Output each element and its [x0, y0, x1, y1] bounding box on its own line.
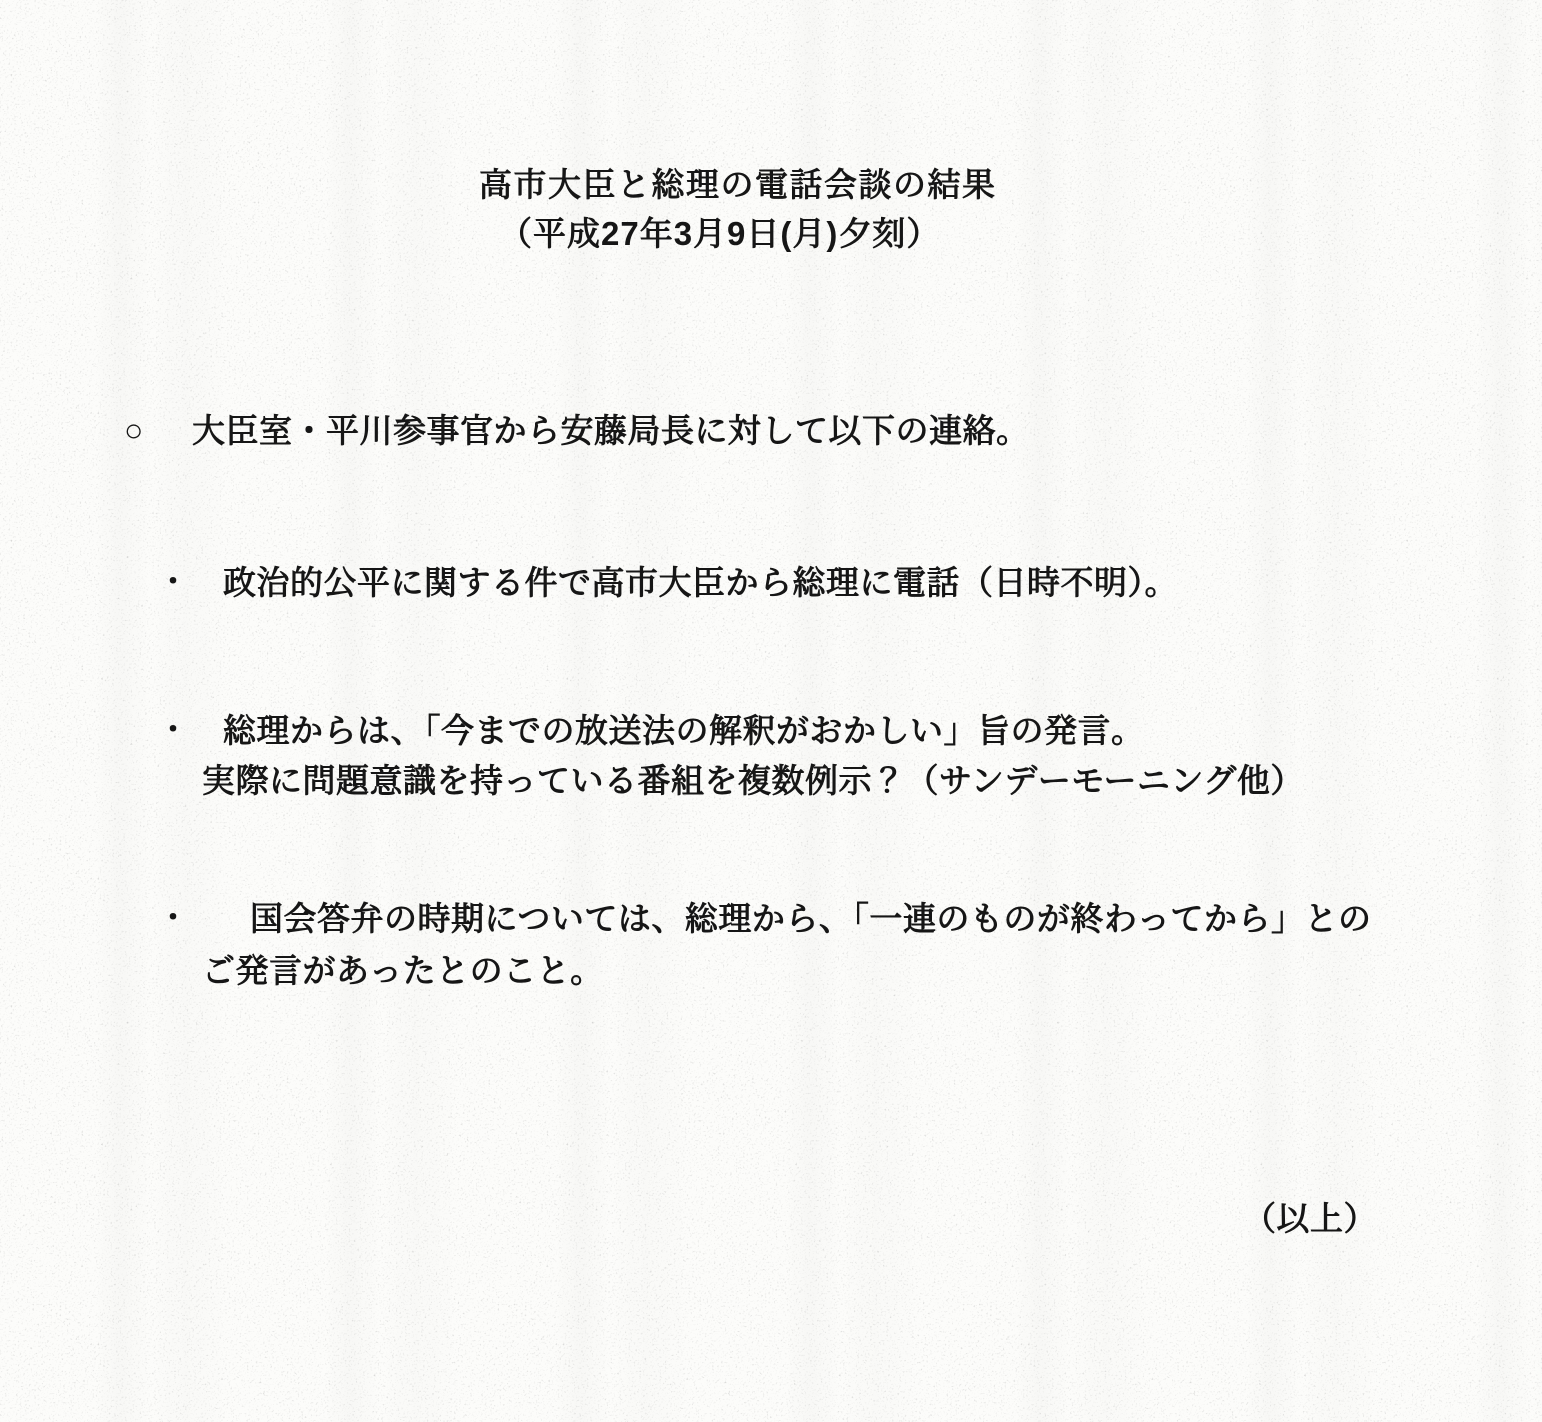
bullet-line: ご発言があったとのこと。 [202, 954, 604, 987]
scanned-document-page: 高市大臣と総理の電話会談の結果 （平成27年3月9日(月)夕刻） ○ 大臣室・平… [0, 0, 1542, 1422]
document-subtitle: （平成27年3月9日(月)夕刻） [499, 217, 940, 250]
circle-marker: ○ [124, 414, 144, 446]
bullet-line: 実際に問題意識を持っている番組を複数例示？（サンデーモーニング他） [202, 764, 1304, 797]
bullet-line: 国会答弁の時期については、総理から、「一連のものが終わってから」との [250, 902, 1372, 935]
bullet-marker: ・ [158, 904, 189, 934]
document-footer: （以上） [1243, 1202, 1377, 1235]
bullet-line: 政治的公平に関する件で高市大臣から総理に電話（日時不明）。 [223, 566, 1178, 599]
bullet-marker: ・ [158, 716, 189, 746]
heading-text: 大臣室・平川参事官から安藤局長に対して以下の連絡。 [192, 414, 1030, 447]
document-title: 高市大臣と総理の電話会談の結果 [479, 168, 997, 201]
bullet-marker: ・ [158, 568, 189, 598]
bullet-line: 総理からは、「今までの放送法の解釈がおかしい」旨の発言。 [223, 714, 1145, 747]
